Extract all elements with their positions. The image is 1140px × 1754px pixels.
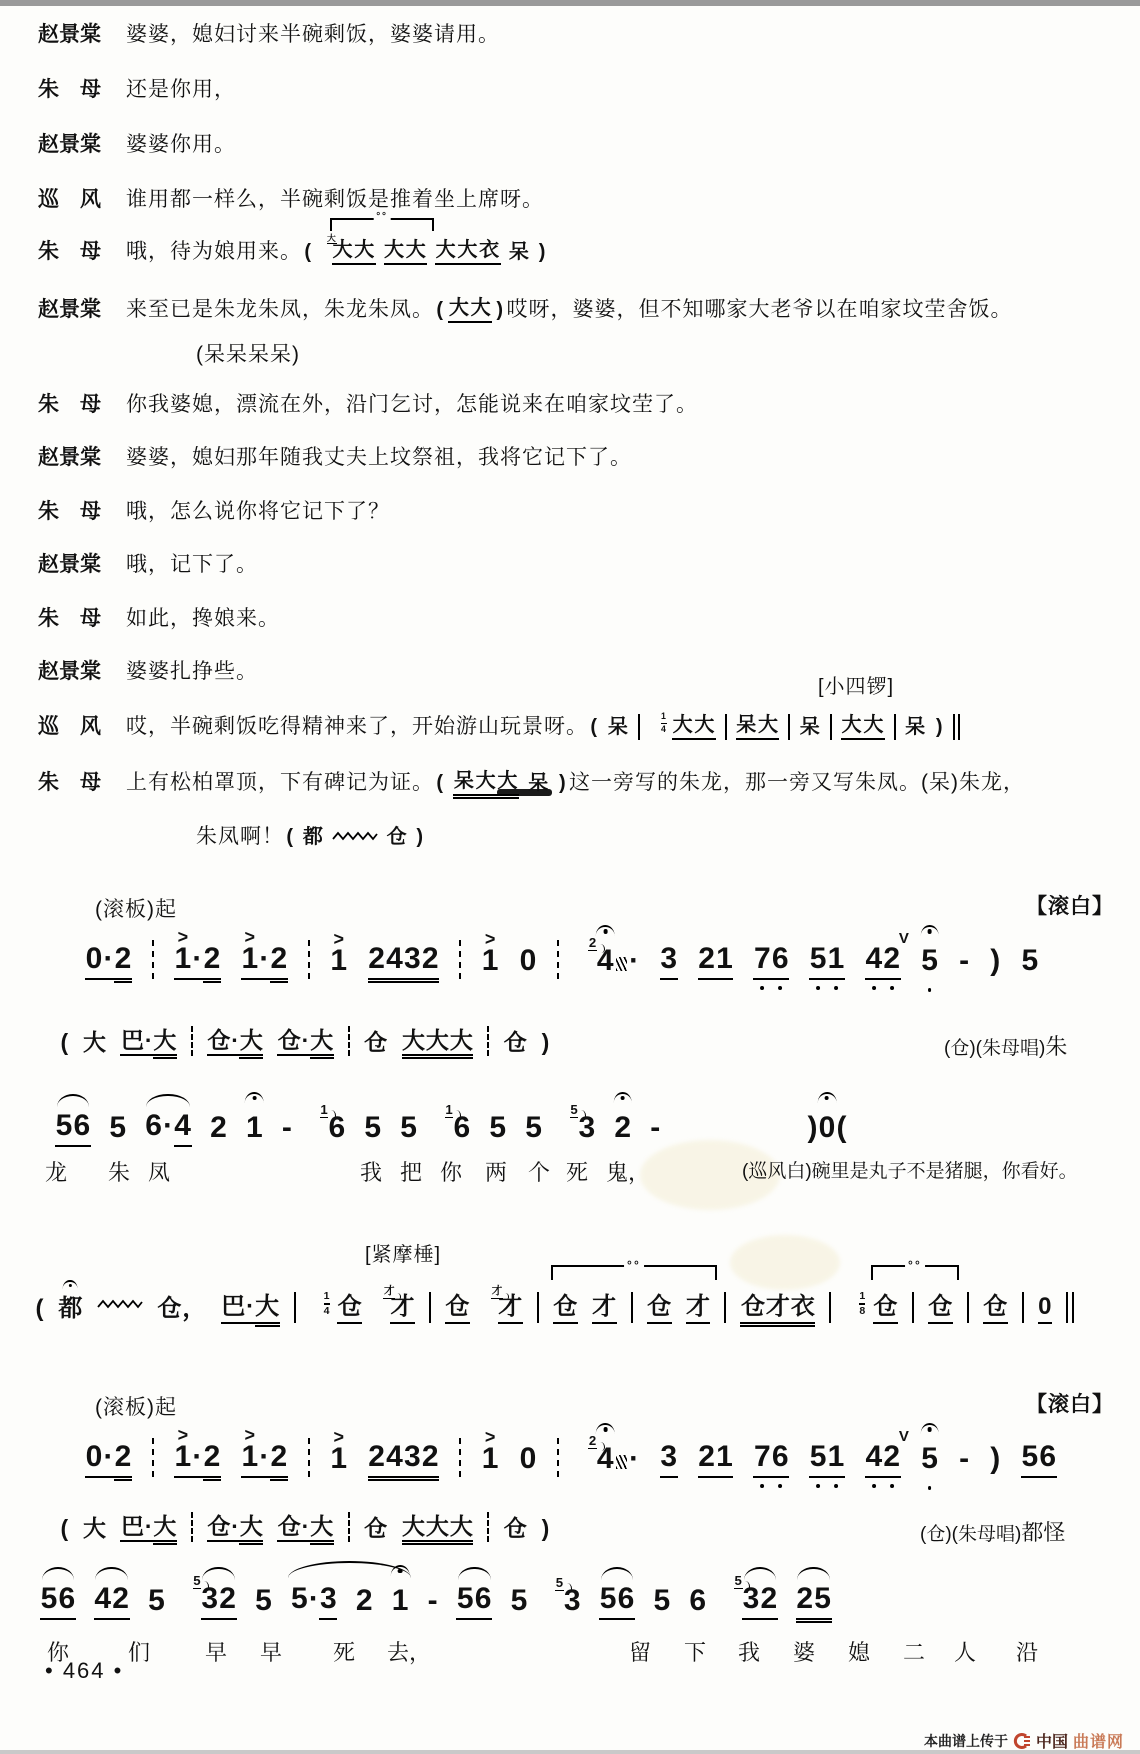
speaker-name: 赵景棠 [38,130,126,160]
note-char: 2 [355,1585,373,1620]
note-char: 1> [174,943,192,980]
note-char: · [144,1028,153,1056]
note-char: 仓 [364,1516,388,1542]
note-token: 5 [489,1112,507,1147]
accent-icon: > [178,928,189,946]
meter-numerator: 1 [661,711,667,721]
site-logo-icon [1013,1732,1031,1750]
note-token: 呆 [509,242,531,265]
note-char: 6 [689,1585,707,1620]
note-char: 大 [449,1028,473,1056]
note-token: - [959,1443,970,1478]
dialogue-row: 朱 母上有松柏罩顶，下有碑记为证。(呆大大呆)这一旁写的朱龙，那一旁又写朱凤。(… [38,768,1025,798]
dialogue-text: 哦，怎么说你将它记下了？ [126,497,390,527]
note-token: 76 [753,1441,789,1478]
barline [788,714,790,740]
dialogue-segments: 上有松柏罩顶，下有碑记为证。(呆大大呆)这一旁写的朱龙，那一旁又写朱凤。(呆)朱… [126,768,1025,798]
lyric: 留 [629,1636,651,1667]
note-char: 4 [596,1443,614,1478]
note-token: 3 [660,943,678,980]
note-char: · [163,1110,174,1145]
note-char: · [144,1514,153,1542]
lyric: 凤 [148,1156,170,1187]
note-token: ) [541,1516,550,1542]
note-char: 2 [883,1441,901,1478]
note-char: · [259,1441,270,1478]
note-char: 都 [58,1296,83,1324]
note-char: 仓 [873,1294,898,1324]
second-underline [114,981,132,983]
note-char: 大 [332,240,354,265]
roll-wavy-line-icon [332,830,378,842]
note-char: - [427,1585,438,1620]
note-char: 5 [809,943,827,980]
note-char: 0 [818,1112,836,1147]
lyric: 我 [738,1636,760,1667]
note-token: ( [60,1030,69,1056]
note-token: 18仓 [873,1294,898,1324]
slur-arc [744,1567,777,1580]
inline-percussion: (大大大大大大大衣呆)°° [304,240,547,265]
second-underline [386,1479,404,1481]
barline-dashed [348,1512,350,1542]
note-char: 大 [694,715,716,740]
note-char: · [231,1514,240,1542]
lyric: 二 [903,1636,925,1667]
note-token: 5 [921,945,939,980]
note-token: 25 [796,1583,832,1620]
note-token: 0·2 [85,943,132,980]
note-token: 大 [83,1030,107,1056]
note-char: 5 [921,945,939,980]
second-underline [497,797,519,799]
note-token: 1>·2 [241,943,288,980]
note-char: 4 [386,1441,404,1478]
note-token: 都 [302,827,324,850]
lyric: 朱 [108,1156,130,1187]
note-token: 5 [255,1585,273,1620]
percussion-line-2: (都仓，巴·大14仓才才仓才才仓才仓才仓才衣18仓仓仓0°°°° [35,1292,1074,1324]
dialogue-row: 朱 母还是你用， [38,75,236,105]
slur-arc [458,1567,491,1580]
dialogue-text: 婆婆，媳妇那年随我丈夫上坟祭祖，我将它记下了。 [126,443,632,473]
note-char: 呆 [453,771,475,796]
note-char: 才 [498,1294,523,1324]
meter-denominator: 4 [324,1305,330,1317]
second-underline [239,1543,263,1545]
section-label: (滚板)起 [95,893,177,923]
dialogue-row: 巡 风谁用都一样么，半碗剩饭是推着坐上席呀。 [38,185,544,215]
second-underline [475,797,497,799]
note-char: 大 [449,1514,473,1542]
note-char: 大 [239,1028,263,1056]
note-token: 大大大 [332,240,376,265]
note-token: 1 [391,1585,409,1620]
note-char: 大 [402,1514,426,1542]
dialogue-row: 赵景棠来至已是朱龙朱凤，朱龙朱凤。(大大)哎呀，婆婆，但不知哪家大老爷以在咱家坟… [38,295,1012,325]
note-token: 仓·大 [207,1514,263,1542]
note-char: 6 [453,1112,471,1147]
second-underline [310,1543,334,1545]
inline-percussion: (呆大大呆) [436,771,567,796]
barline-dashed [308,1438,310,1477]
note-char: 大 [384,240,406,265]
note-char: 大 [758,715,780,740]
note-char: 6 [58,1583,76,1620]
note-token: 5 [921,1443,939,1478]
lyric: 两 [485,1156,507,1187]
note-token: 仓， [157,1296,207,1324]
dialogue-segments: 婆婆扎挣些。 [126,657,258,687]
note-char: - [959,945,970,980]
note-char: 3 [563,1585,581,1620]
watermark-text: 本曲谱上传于 [924,1731,1008,1751]
note-char: 仓 [983,1294,1008,1324]
low-octave-dot [816,1484,820,1488]
barline [724,1292,726,1323]
meter-fraction: 14 [324,1291,330,1317]
note-char: 2 [368,943,386,980]
low-octave-dot [816,986,820,990]
speaker-name: 巡 风 [38,712,126,742]
second-underline [814,1621,832,1623]
note-char: 2 [114,943,132,980]
second-underline [765,1325,790,1327]
note-token: 42V [865,1441,901,1478]
note-char: 1> [241,1441,259,1478]
cue-text: (仓)(朱母唱) [944,1038,1045,1059]
dialogue-segments: 哦，待为娘用来。(大大大大大大大衣呆)°° [126,237,549,267]
meter-numerator: 1 [324,1290,330,1302]
dialogue-text: 哎，半碗剩饭吃得精神来了，开始游山玩景呀。 [126,712,588,742]
note-char: 0 [519,1443,537,1478]
speaker-name: 赵景棠 [38,443,126,473]
note-token: ) [935,717,943,740]
roll-wavy-line-icon [97,1298,143,1310]
second-underline [203,1479,221,1481]
note-char: 5 [364,1112,382,1147]
low-octave-dot [834,986,838,990]
note-char: 5 [921,1443,939,1478]
note-token: 仓 [364,1516,388,1542]
note-char: · [103,1441,114,1478]
lyric: 媳 [848,1636,870,1667]
note-char: ) [990,945,1001,980]
note-char: 仓 [207,1514,231,1542]
barline [294,1292,296,1323]
note-token: 5 [400,1112,418,1147]
second-underline [403,981,421,983]
note-token: 仓 [553,1294,578,1324]
note-token: - [650,1112,661,1147]
note-char: ( [436,773,444,796]
note-token: 1>·2 [174,943,221,980]
note-token: 呆大大 [453,771,518,796]
speaker-name: 赵景棠 [38,295,126,325]
note-char: 2 [368,1441,386,1478]
note-char: 大 [83,1030,107,1056]
barline-final [953,714,960,740]
note-token: 51 [809,943,845,980]
low-octave-dot [872,986,876,990]
low-octave-dot [778,1484,782,1488]
note-token: 1> [330,945,348,980]
lyric: 沿 [1016,1636,1038,1667]
fermata-icon [818,1092,837,1103]
dialogue-row: 朱凤啊！(都仓) [196,822,426,852]
speaker-name: 朱 母 [38,497,126,527]
note-char: 2 [614,1112,632,1147]
note-char: 大 [310,1514,334,1542]
note-token: 0·2 [85,1441,132,1478]
note-token: ) [496,300,504,323]
barline-dashed [487,1026,489,1056]
lyric: 死 [333,1636,355,1667]
accent-icon: > [333,1428,344,1446]
note-char: 2 [421,943,439,980]
lyric: 你 [440,1156,462,1187]
note-token: 仓 [503,1516,527,1542]
note-char: 1 [827,1441,845,1478]
note-token: 14仓 [337,1294,362,1324]
note-token: 5·3 [290,1583,337,1620]
note-char: 大 [153,1028,177,1056]
note-token: 仓·大 [277,1514,333,1542]
section-label: [小四锣] [818,670,894,699]
note-token: 大大大 [402,1028,474,1056]
note-char: 0 [85,1441,103,1478]
note-char: 大 [448,298,470,323]
dialogue-text: 哎呀，婆婆，但不知哪家大老爷以在咱家坟茔舍饭。 [506,295,1012,325]
note-token: 3 [660,1441,678,1478]
note-char: · [629,945,640,980]
speaker-name: 赵景棠 [38,20,126,50]
note-char: 仓 [337,1294,362,1324]
note-token: 巴·大 [120,1028,176,1056]
note-token: 2 [355,1585,373,1620]
barline-dashed [348,1026,350,1056]
barline-dashed [459,940,461,979]
note-char: 3 [319,1583,337,1620]
inline-percussion: (大大) [436,298,504,323]
note-token: 1> [481,945,499,980]
meter-denominator: 8 [859,1305,865,1317]
second-underline [449,1543,473,1545]
dialogue-text: 你我婆媳，漂流在外，沿门乞讨，怎能说来在咱家坟茔了。 [126,390,698,420]
dialogue-row: 赵景棠婆婆扎挣些。 [38,657,258,687]
dialogue-segments: 如此，搀娘来。 [126,604,280,634]
note-token: 呆 [905,717,927,740]
note-char: 仓 [503,1030,527,1056]
speaker-name: 巡 风 [38,185,126,215]
note-token: 仓 [364,1030,388,1056]
note-token: 仓·大 [207,1028,263,1056]
note-char: 仓 [928,1294,953,1324]
accent-icon: > [245,1426,256,1444]
page-number: • 464 • [45,1658,123,1684]
speaker-name: 朱 母 [38,390,126,420]
breath-mark-icon: V [899,1429,909,1444]
note-char: 1 [391,1585,409,1620]
note-char: 仓 [386,827,408,850]
note-token: ( [286,827,294,850]
watermark: 本曲谱上传于 中国曲谱网 [924,1729,1124,1752]
note-char: 2 [210,1112,228,1147]
note-token: 2 [614,1112,632,1147]
section-label: [紧摩棰] [365,1238,441,1267]
jianpu-line-4: 5642553255·321-56553565653225 [40,1583,832,1620]
barline-dashed [152,940,154,979]
note-char: 衣 [790,1294,815,1324]
note-char: 2 [698,943,716,980]
jianpu-line-1: 0·21>·21>·21>24321>024·321765142V5-)5 [85,940,1039,980]
note-char: ) [541,1516,550,1542]
fermata-icon [596,925,615,936]
note-token: 56 [55,1110,91,1147]
note-token: ( [590,717,598,740]
note-char: 大 [425,1514,449,1542]
note-char: 巴 [120,1514,144,1542]
barline-dashed [487,1512,489,1542]
note-token: ) [990,1443,1001,1478]
dialogue-text: 朱凤啊！ [196,822,284,852]
note-char: 呆 [736,715,758,740]
note-token: 呆 [528,773,550,796]
note-token: 14大大 [672,715,716,740]
barline [638,714,640,740]
note-char: · [629,1443,640,1478]
dialogue-text: 如此，搀娘来。 [126,604,280,634]
note-token: 1> [481,1443,499,1478]
lyric: 们 [128,1636,150,1667]
note-char: ( [436,300,444,323]
note-token: 巴·大 [221,1294,280,1324]
dialogue-row: 赵景棠哦，记下了。 [38,550,258,580]
dialogue-text: 这一旁写的朱龙，那一旁又写朱凤。(呆)朱龙， [569,768,1025,798]
barline [829,1292,831,1323]
low-octave-dot [890,986,894,990]
note-char: ( [836,1112,847,1147]
note-token: 才 [686,1294,711,1324]
dialogue-text: 哦，记下了。 [126,550,258,580]
note-token: 才才 [498,1294,523,1324]
note-char: 大 [497,771,519,796]
second-underline [425,1543,449,1545]
note-token: 24· [596,1443,639,1478]
second-underline [421,981,439,983]
note-token: - [959,945,970,980]
second-underline [114,1479,132,1481]
note-token: ( [436,773,444,796]
barline-dashed [557,940,559,979]
low-octave-dot [872,1484,876,1488]
lyric: 婆 [793,1636,815,1667]
second-underline [386,981,404,983]
note-token: 16 [453,1112,471,1147]
note-char: 都 [302,827,324,850]
fermata-icon [613,1092,632,1103]
note-token: 56 [456,1583,492,1620]
second-underline [153,1057,177,1059]
low-octave-dot [834,1484,838,1488]
barline [537,1292,539,1323]
note-token: 大大 [448,298,492,323]
note-char: 大 [435,240,457,265]
note-char: - [650,1112,661,1147]
note-char: 6 [145,1110,163,1145]
slur-arc [95,1567,128,1580]
barline-dashed [308,940,310,979]
low-octave-dot [928,988,932,992]
note-token: 仓 [503,1030,527,1056]
speaker-name: 赵景棠 [38,657,126,687]
jianpu-line-2: 5656·421-16551655532-)0( [55,1110,847,1147]
paper-stain [730,1235,840,1290]
accent-icon: > [485,1428,496,1446]
note-char: 5 [599,1583,617,1620]
note-char: 2 [219,1583,237,1620]
lyric-start: 朱 [1045,1034,1067,1059]
note-char: 3 [201,1583,219,1620]
note-char: 呆 [905,717,927,740]
dialogue-row: 巡 风哎，半碗剩饭吃得精神来了，开始游山玩景呀。(呆14大大呆大呆大大呆) [38,712,962,742]
note-char: 呆 [509,242,531,265]
fermata-icon [63,1280,78,1289]
note-char: 2 [203,1441,221,1478]
second-underline [449,1057,473,1059]
note-char: 5 [456,1583,474,1620]
note-char: 大 [255,1294,280,1324]
note-token: ( [436,300,444,323]
note-char: 5 [1021,1441,1039,1478]
note-token: 仓 [983,1294,1008,1324]
note-char: 6 [771,1441,789,1478]
second-underline [421,1479,439,1481]
note-token: 仓 [445,1294,470,1324]
note-char: 大 [239,1514,263,1542]
score-page: 赵景棠婆婆，媳妇讨来半碗剩饭，婆婆请用。朱 母还是你用，赵景棠婆婆你用。巡 风谁… [0,0,1140,1754]
note-char: ) [559,773,567,796]
note-char: ( [286,827,294,850]
note-char: · [192,943,203,980]
note-char: - [281,1112,292,1147]
note-token: 呆 [799,717,821,740]
note-char: 5 [55,1110,73,1147]
note-token: 76 [753,943,789,980]
bracket-circles-label: °° [905,1259,925,1271]
note-token: 6·4 [145,1110,192,1147]
note-char: 5 [489,1112,507,1147]
second-underline [270,1479,288,1481]
note-char: 仓 [553,1294,578,1324]
cue-and-singer-label: (仓)(朱母唱)朱 [944,1030,1067,1061]
note-char: 大 [672,715,694,740]
note-char: ( [304,242,312,265]
note-token: 53 [578,1112,596,1147]
dialogue-segments: (呆呆呆呆) [196,340,300,370]
note-char: 5 [809,1441,827,1478]
dialogue-segments: 哎，半碗剩饭吃得精神来了，开始游山玩景呀。(呆14大大呆大呆大大呆) [126,712,962,742]
dialogue-row: 赵景棠婆婆，媳妇讨来半碗剩饭，婆婆请用。 [38,20,500,50]
barline [631,1292,633,1323]
note-token: 2432 [368,943,440,980]
note-char: 仓 [277,1514,301,1542]
lyric: 龙 [45,1156,67,1187]
note-char: ) [990,1443,1001,1478]
note-token: 24· [596,945,639,980]
note-char: 6 [771,943,789,980]
lyric: 去， [387,1636,431,1667]
